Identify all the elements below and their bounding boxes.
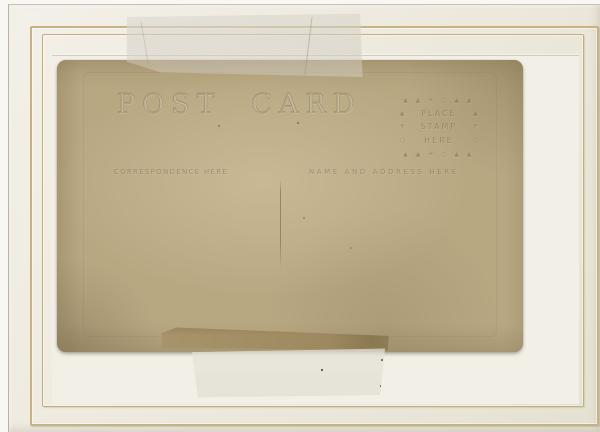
stain-speck [303,217,305,219]
stain-speck [381,359,383,361]
ornament-icon: ▲ [473,111,478,117]
ornament-icon: ✳ [473,124,478,130]
tape-crease [304,17,312,75]
stain-speck [350,247,352,249]
stamp-box-ornament-bottom: ▲ ▲ ✳ ○ ▲ ▲ [398,148,480,161]
ornament-icon: ○ [400,138,405,144]
postcard: POST CARD ▲ ▲ ✳ ○ ▲ ▲ ▲ PLACE ▲ ✳ STAMP … [57,60,523,352]
stamp-box-label: STAMP [421,123,458,131]
address-label: NAME AND ADDRESS HERE [309,169,459,176]
clear-tape-bottom [188,347,386,398]
clear-tape-top [122,13,365,79]
stamp-box-label: PLACE [421,110,456,118]
ornament-icon: ○ [473,138,478,144]
stamp-box-label: HERE [424,137,454,145]
stain-speck [297,122,299,124]
photo-backdrop: POST CARD ▲ ▲ ✳ ○ ▲ ▲ ▲ PLACE ▲ ✳ STAMP … [0,0,600,432]
stamp-box-ornament-top: ▲ ▲ ✳ ○ ▲ ▲ [398,94,480,107]
stamp-box: ▲ ▲ ✳ ○ ▲ ▲ ▲ PLACE ▲ ✳ STAMP ✳ ○ HERE ○… [398,94,480,161]
stain-speck [218,125,220,127]
stamp-box-row: ○ HERE ○ [398,134,480,148]
ornament-icon: ▲ [400,111,405,117]
stain-speck [321,369,323,371]
tape-crease [140,21,148,63]
stamp-box-row: ✳ STAMP ✳ [398,121,480,135]
correspondence-label: CORRESPONDENCE HERE [114,169,228,176]
stamp-box-row: ▲ PLACE ▲ [398,107,480,121]
postcard-title: POST CARD [117,91,362,118]
message-address-divider-line [280,180,281,268]
ornament-icon: ✳ [400,124,405,130]
